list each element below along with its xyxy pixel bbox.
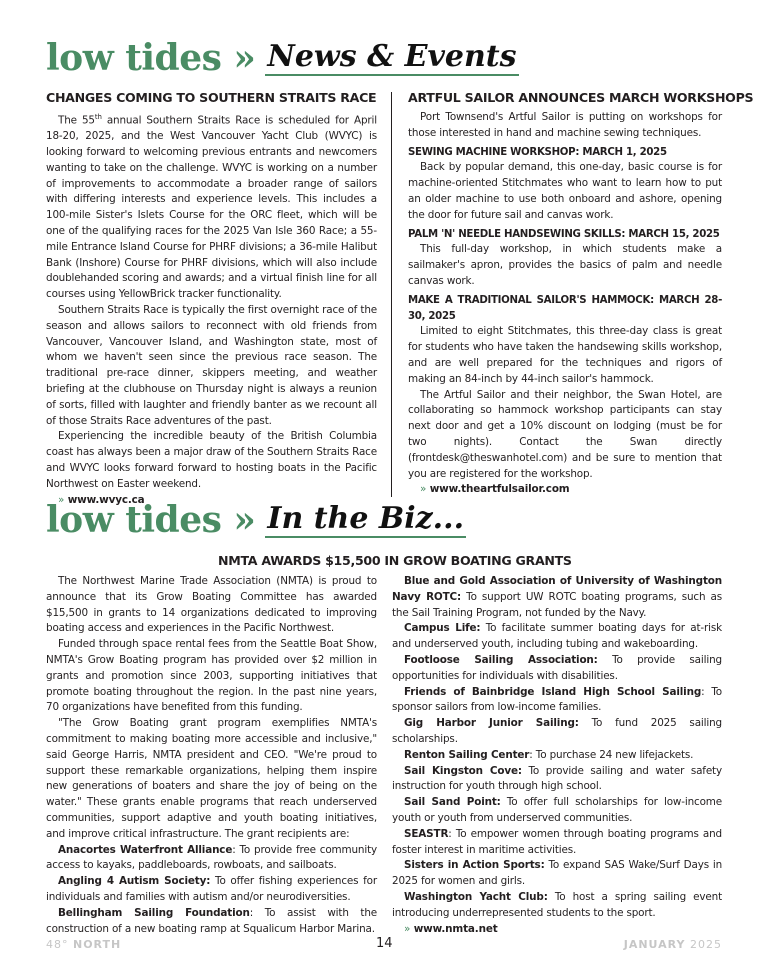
paragraph: "The Grow Boating grant program exemplif… [46, 716, 377, 842]
recipient-item: Sail Kingston Cove: To provide sailing a… [392, 764, 722, 796]
section-subtitle-underline: In the Biz... [265, 504, 466, 538]
link-arrow-icon: » [404, 923, 410, 935]
paragraph: Port Townsend's Artful Sailor is putting… [408, 110, 722, 142]
paragraph: The Artful Sailor and their neighbor, th… [408, 388, 722, 483]
section-subtitle: News & Events [267, 39, 516, 74]
section-subtitle-underline: News & Events [265, 42, 518, 76]
artful-sailor-link[interactable]: » www.theartfulsailor.com [408, 482, 722, 498]
recipient-item: Friends of Bainbridge Island High School… [392, 685, 722, 717]
section-header-news-events: low tides » News & Events [46, 40, 519, 76]
paragraph: Funded through space rental fees from th… [46, 637, 377, 716]
nmta-body-left: The Northwest Marine Trade Association (… [46, 574, 377, 937]
recipient-item: Anacortes Waterfront Alliance: To provid… [46, 843, 377, 875]
nmta-link[interactable]: » www.nmta.net [392, 922, 722, 938]
section-subtitle: In the Biz... [267, 501, 464, 536]
article-body-artful-sailor: Port Townsend's Artful Sailor is putting… [408, 110, 722, 498]
recipient-item: Bellingham Sailing Foundation: To assist… [46, 906, 377, 938]
workshop-title: MAKE A TRADITIONAL SAILOR'S HAMMOCK: MAR… [408, 293, 722, 325]
workshop-body: This full-day workshop, in which student… [408, 242, 722, 289]
footer-issue-date: JANUARY 2025 [624, 938, 722, 951]
link-arrow-icon: » [420, 483, 426, 495]
section-header-in-the-biz: low tides » In the Biz... [46, 502, 466, 538]
footer-publication: 48° NORTH [46, 938, 121, 951]
recipient-item: Footloose Sailing Association: To provid… [392, 653, 722, 685]
paragraph: Southern Straits Race is typically the f… [46, 303, 377, 429]
workshop-body: Limited to eight Stitchmates, this three… [408, 324, 722, 387]
workshop-body: Back by popular demand, this one-day, ba… [408, 160, 722, 223]
recipient-item: Washington Yacht Club: To host a spring … [392, 890, 722, 922]
recipient-item: SEASTR: To empower women through boating… [392, 827, 722, 859]
recipient-item: Sisters in Action Sports: To expand SAS … [392, 858, 722, 890]
section-brand: low tides » [46, 40, 255, 76]
recipient-item: Blue and Gold Association of University … [392, 574, 722, 621]
recipient-item: Gig Harbor Junior Sailing: To fund 2025 … [392, 716, 722, 748]
nmta-body-right: Blue and Gold Association of University … [392, 574, 722, 937]
recipient-item: Campus Life: To facilitate summer boatin… [392, 621, 722, 653]
paragraph: Experiencing the incredible beauty of th… [46, 429, 377, 492]
workshop-title: SEWING MACHINE WORKSHOP: MARCH 1, 2025 [408, 145, 722, 161]
recipient-item: Renton Sailing Center: To purchase 24 ne… [392, 748, 722, 764]
article-headline-artful-sailor: ARTFUL SAILOR ANNOUNCES MARCH WORKSHOPS [408, 90, 753, 105]
article-body-southern-straits: The 55th annual Southern Straits Race is… [46, 110, 377, 508]
recipient-item: Sail Sand Point: To offer full scholarsh… [392, 795, 722, 827]
article-headline-nmta: NMTA AWARDS $15,500 IN GROW BOATING GRAN… [218, 553, 572, 568]
column-divider [391, 92, 392, 497]
recipient-item: Angling 4 Autism Society: To offer fishi… [46, 874, 377, 906]
paragraph: The 55th annual Southern Straits Race is… [46, 110, 377, 303]
article-headline-southern-straits: CHANGES COMING TO SOUTHERN STRAITS RACE [46, 90, 376, 105]
page-number: 14 [376, 936, 393, 951]
section-brand: low tides » [46, 502, 255, 538]
workshop-title: PALM 'N' NEEDLE HANDSEWING SKILLS: MARCH… [408, 227, 722, 243]
paragraph: The Northwest Marine Trade Association (… [46, 574, 377, 637]
